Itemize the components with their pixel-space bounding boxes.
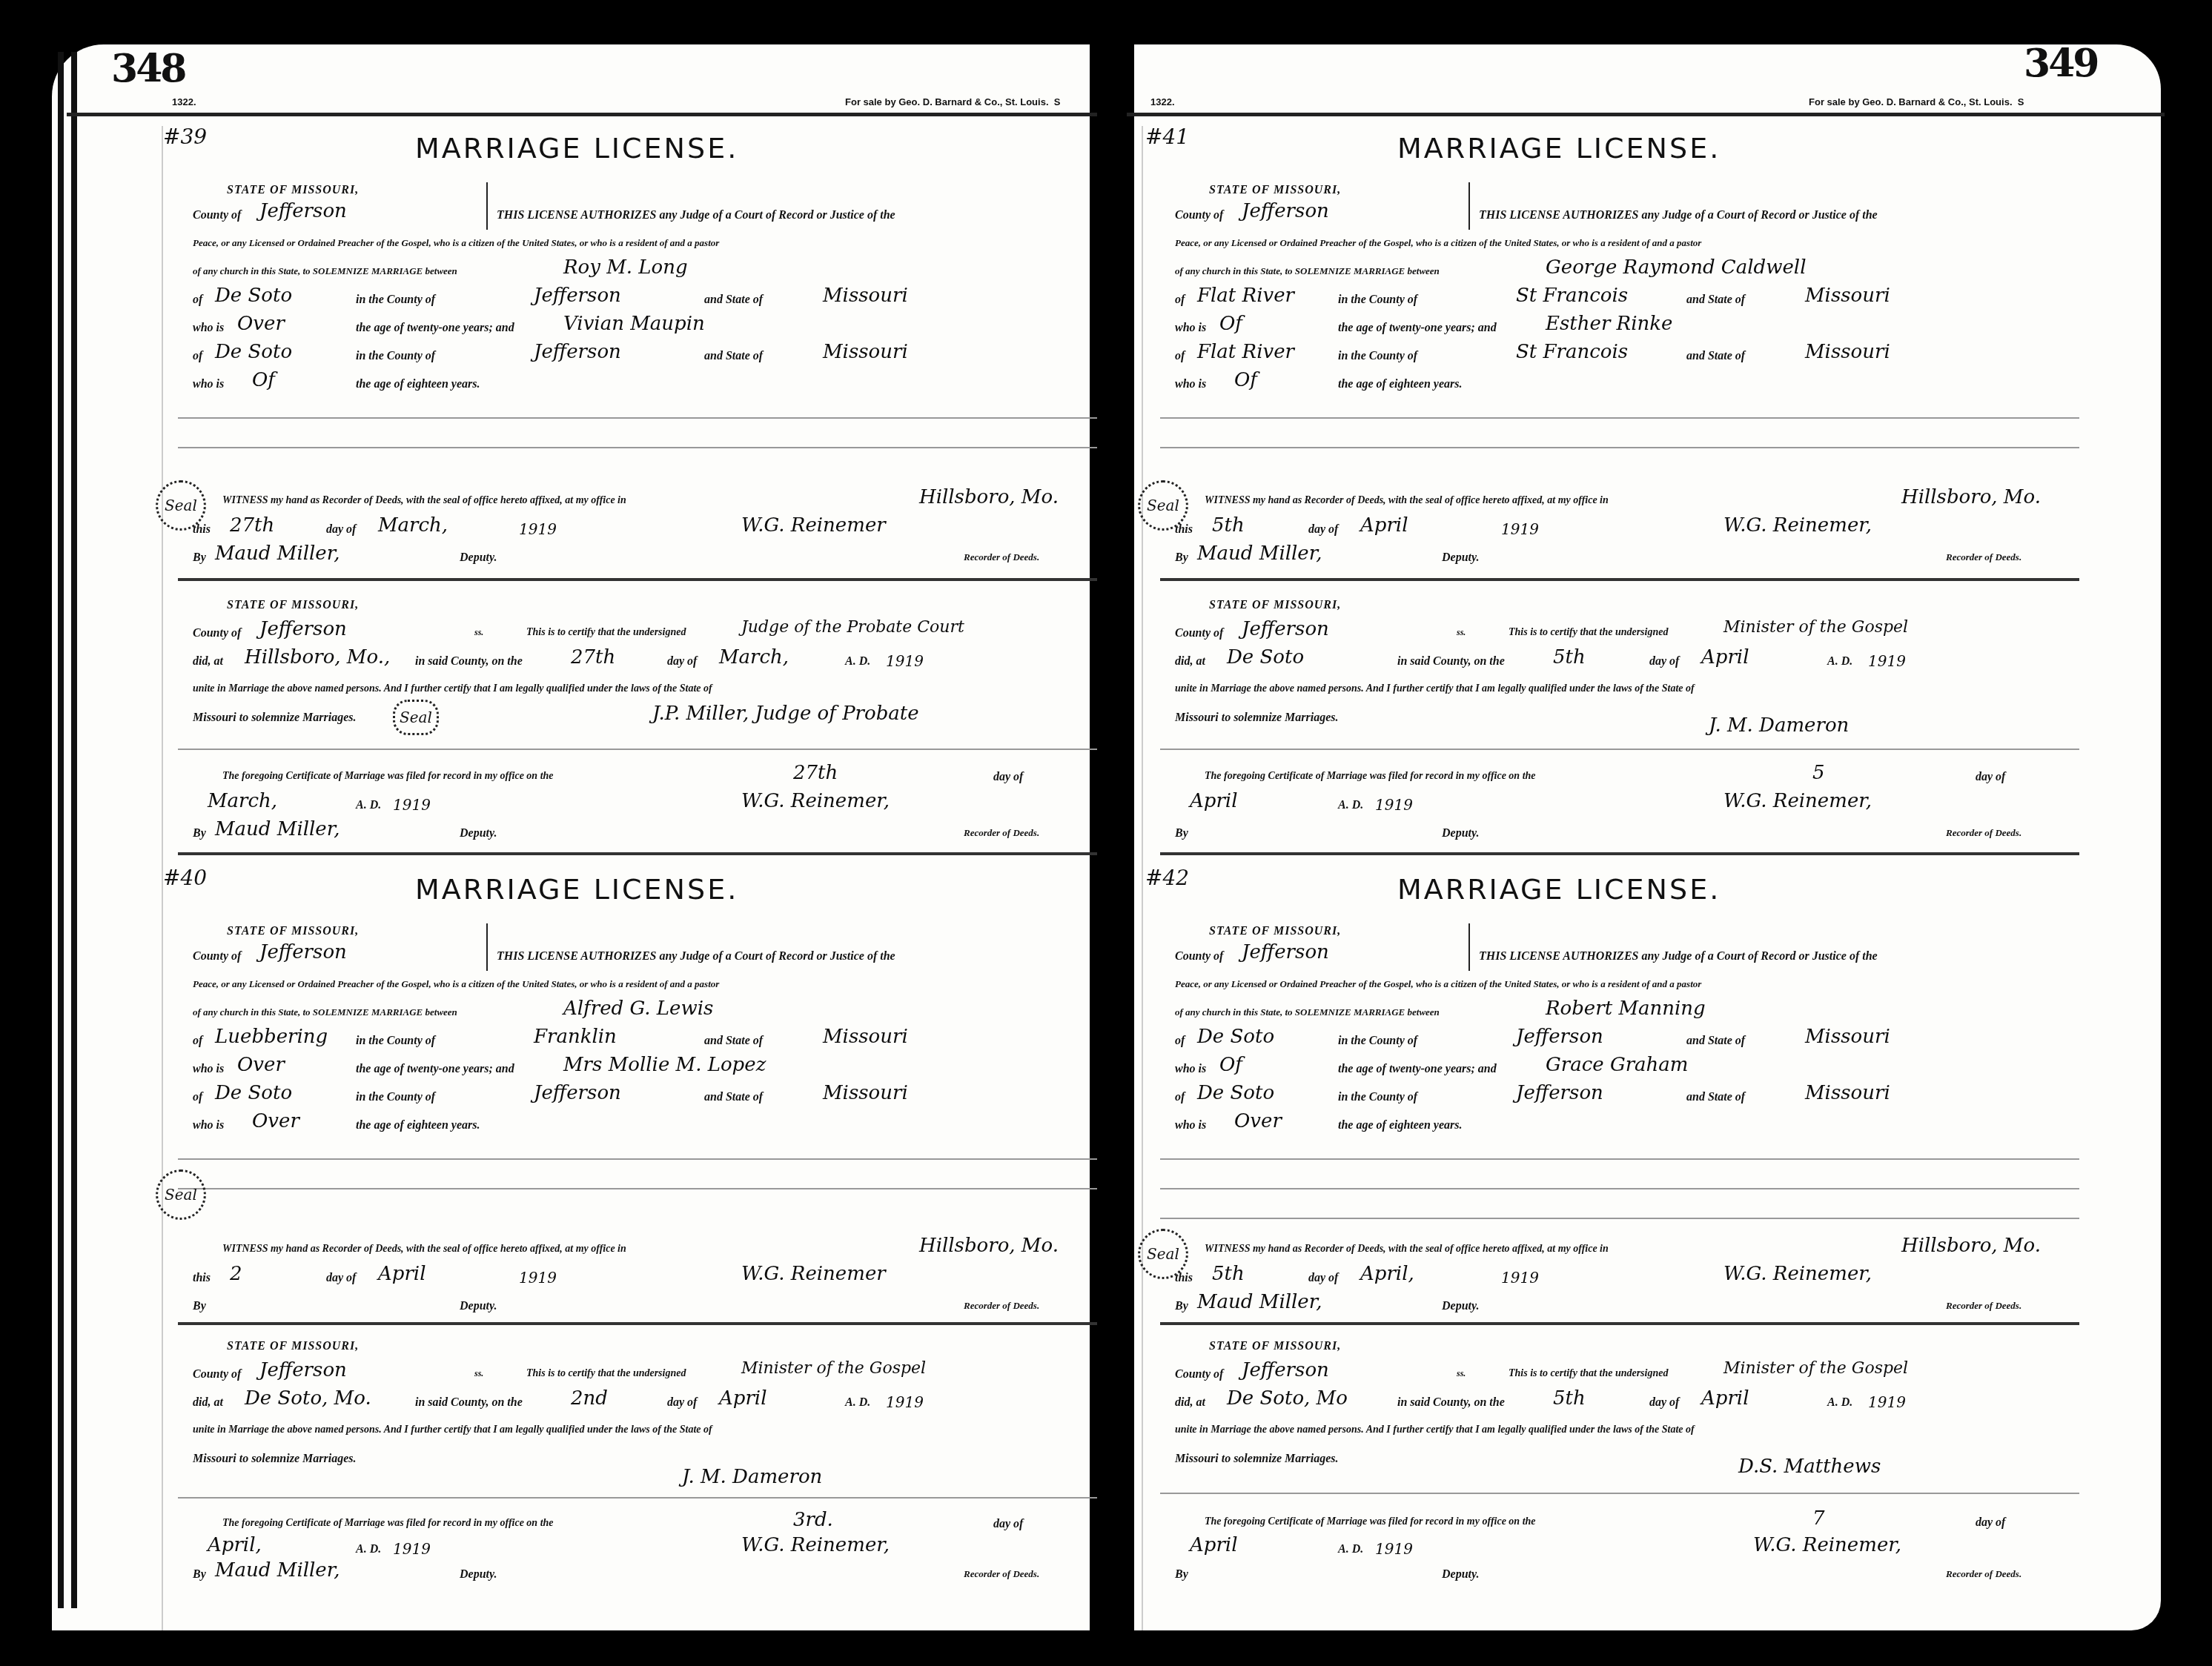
witness-month: April, (1360, 1263, 1414, 1285)
bride-name: Esther Rinke (1546, 313, 1672, 335)
foregoing-text: The foregoing Certificate of Marriage wa… (222, 1518, 554, 1530)
ss-label: ss. (474, 627, 483, 638)
publisher-line: For sale by Geo. D. Barnard & Co., St. L… (845, 96, 1060, 107)
groom-age: Of (1219, 313, 1242, 335)
recorder-label: Recorder of Deeds. (1946, 1300, 2021, 1312)
county-label: County of (193, 1368, 241, 1381)
groom-residence: De Soto (215, 285, 292, 307)
blank-line (1160, 1158, 2079, 1160)
bride-age: Of (1234, 369, 1257, 391)
cert-day: 5th (1553, 1387, 1586, 1410)
cert-place: De Soto (1227, 646, 1304, 668)
license-number: #41 (1145, 125, 1189, 149)
of-label: of (1175, 350, 1185, 363)
authorizes-text: of any church in this State, to SOLEMNIZ… (193, 265, 457, 277)
filed-year: 1919 (393, 1540, 431, 1558)
ad-label: A. D. (1827, 1396, 1852, 1410)
witness-place: Hillsboro, Mo. (1901, 1235, 2041, 1257)
section-rule (1160, 749, 2079, 750)
section-rule (1160, 852, 2079, 855)
groom-residence: De Soto (1197, 1026, 1274, 1048)
bride-residence: De Soto (1197, 1082, 1274, 1104)
deputy-label: Deputy. (460, 827, 497, 840)
seal-stamp: Seal (156, 1169, 206, 1220)
bride-residence: Flat River (1197, 341, 1294, 363)
bride-residence: De Soto (215, 1082, 292, 1104)
witness-month: March, (378, 514, 448, 537)
filed-month: April (1190, 1534, 1237, 1556)
day-of-label: day of (667, 655, 697, 668)
who-is-label: who is (193, 322, 224, 335)
license-41: #41 MARRIAGE LICENSE. STATE OF MISSOURI,… (1145, 125, 2079, 858)
in-county-label: in the County of (1338, 1091, 1417, 1104)
deputy-label: Deputy. (1442, 551, 1480, 565)
missouri-text: Missouri to solemnize Marriages. (1175, 711, 1338, 725)
license-title: MARRIAGE LICENSE. (1397, 132, 1721, 165)
witness-month: April (378, 1263, 425, 1285)
cert-county: Jefferson (259, 1359, 347, 1381)
ss-label: ss. (474, 1368, 483, 1379)
who-is-label: who is (193, 1063, 224, 1076)
state-of-label: and State of (1686, 293, 1745, 307)
in-county-label: in the County of (356, 1091, 435, 1104)
section-rule (1160, 1493, 2079, 1494)
deputy-name: Maud Miller, (1197, 1291, 1322, 1313)
groom-county: Jefferson (1516, 1026, 1603, 1048)
filed-day: 3rd. (793, 1509, 833, 1531)
cert-month: March, (719, 646, 789, 668)
county-value: Jefferson (1242, 200, 1329, 222)
groom-state: Missouri (1805, 1026, 1890, 1048)
license-title: MARRIAGE LICENSE. (1397, 873, 1721, 906)
age18-label: the age of eighteen years. (356, 1119, 480, 1132)
county-label: County of (1175, 950, 1223, 963)
of-label: of (193, 293, 202, 307)
bride-name: Vivian Maupin (563, 313, 705, 335)
bride-county: Jefferson (1516, 1082, 1603, 1104)
day-of-label: day of (1308, 523, 1338, 537)
who-is-label: who is (193, 1119, 224, 1132)
ss-label: ss. (1457, 627, 1466, 638)
groom-residence: Flat River (1197, 285, 1294, 307)
authorizes-text: Peace, or any Licensed or Ordained Preac… (193, 978, 719, 990)
of-label: of (193, 350, 202, 363)
witness-year: 1919 (1501, 1269, 1539, 1287)
license-42: #42 MARRIAGE LICENSE. STATE OF MISSOURI,… (1145, 866, 2079, 1599)
recorder-signature: W.G. Reinemer (741, 1263, 886, 1285)
by-label: By (193, 1300, 206, 1313)
witness-place: Hillsboro, Mo. (1901, 486, 2041, 508)
deputy-label: Deputy. (1442, 1300, 1480, 1313)
witness-month: April (1360, 514, 1408, 537)
state-header: STATE OF MISSOURI, (1209, 1340, 1341, 1353)
deputy-label: Deputy. (460, 1568, 497, 1582)
authorizes-text: THIS LICENSE AUTHORIZES any Judge of a C… (497, 950, 895, 963)
bride-age: Over (252, 1110, 299, 1132)
authorizes-text: THIS LICENSE AUTHORIZES any Judge of a C… (1479, 209, 1878, 222)
by-label: By (1175, 1300, 1188, 1313)
filed-recorder-signature: W.G. Reinemer, (741, 1534, 890, 1556)
license-40: #40 MARRIAGE LICENSE. STATE OF MISSOURI,… (163, 866, 1097, 1599)
bride-age: Of (252, 369, 275, 391)
cert-county: Jefferson (1242, 1359, 1329, 1381)
license-number: #39 (163, 125, 207, 149)
unite-text: unite in Marriage the above named person… (193, 1424, 712, 1436)
witness-day: 27th (230, 514, 274, 537)
cert-place: De Soto, Mo (1227, 1387, 1348, 1410)
state-of-label: and State of (704, 350, 763, 363)
deputy-label: Deputy. (460, 1300, 497, 1313)
county-value: Jefferson (1242, 941, 1329, 963)
cert-county: Jefferson (1242, 618, 1329, 640)
cert-month: April (719, 1387, 766, 1410)
blank-line (178, 1158, 1097, 1160)
unite-text: unite in Marriage the above named person… (1175, 683, 1695, 695)
day-of-label: day of (326, 523, 356, 537)
margin-line (1142, 126, 1143, 1630)
blank-line (1160, 417, 2079, 419)
in-county-label: in the County of (356, 293, 435, 307)
bride-residence: De Soto (215, 341, 292, 363)
county-label: County of (193, 627, 241, 640)
witness-place: Hillsboro, Mo. (919, 486, 1059, 508)
bride-state: Missouri (823, 341, 908, 363)
filed-day: 27th (793, 762, 838, 784)
section-rule (1160, 1322, 2079, 1325)
by-label: By (193, 551, 206, 565)
filed-year: 1919 (1375, 1540, 1413, 1558)
groom-county: Franklin (534, 1026, 617, 1048)
deputy-label: Deputy. (1442, 827, 1480, 840)
day-of-label: day of (667, 1396, 697, 1410)
state-header: STATE OF MISSOURI, (227, 184, 359, 197)
in-said-county-label: in said County, on the (1397, 1396, 1505, 1410)
in-said-county-label: in said County, on the (415, 1396, 523, 1410)
day-of-label: day of (1976, 771, 2005, 784)
in-county-label: in the County of (1338, 293, 1417, 307)
county-value: Jefferson (259, 941, 347, 963)
recorder-signature: W.G. Reinemer, (1723, 1263, 1872, 1285)
recorder-label: Recorder of Deeds. (1946, 827, 2021, 839)
officiant-title: Judge of the Probate Court (741, 618, 964, 637)
in-said-county-label: in said County, on the (1397, 655, 1505, 668)
of-label: of (1175, 293, 1185, 307)
filed-month: April (1190, 790, 1237, 812)
groom-name: Roy M. Long (563, 256, 688, 279)
bride-state: Missouri (1805, 1082, 1890, 1104)
age21-label: the age of twenty-one years; and (1338, 1063, 1497, 1076)
unite-text: unite in Marriage the above named person… (193, 683, 712, 695)
who-is-label: who is (193, 378, 224, 391)
groom-residence: Luebbering (215, 1026, 328, 1048)
age18-label: the age of eighteen years. (356, 378, 480, 391)
missouri-text: Missouri to solemnize Marriages. (193, 1453, 356, 1466)
this-label: this (1175, 523, 1193, 537)
filed-day: 7 (1812, 1507, 1825, 1530)
state-of-label: and State of (1686, 1035, 1745, 1048)
groom-state: Missouri (823, 285, 908, 307)
filed-day: 5 (1812, 762, 1825, 784)
witness-year: 1919 (519, 1269, 557, 1287)
ss-label: ss. (1457, 1368, 1466, 1379)
of-label: of (193, 1035, 202, 1048)
day-of-label: day of (993, 1518, 1023, 1531)
state-header: STATE OF MISSOURI, (227, 599, 359, 612)
authorizes-text: of any church in this State, to SOLEMNIZ… (1175, 265, 1440, 277)
groom-county: Jefferson (534, 285, 621, 307)
blank-line (178, 417, 1097, 419)
filed-deputy: Maud Miller, (215, 1559, 340, 1582)
license-number: #42 (1145, 866, 1189, 890)
authorizes-text: THIS LICENSE AUTHORIZES any Judge of a C… (497, 209, 895, 222)
county-label: County of (1175, 627, 1223, 640)
recorder-label: Recorder of Deeds. (1946, 1568, 2021, 1580)
day-of-label: day of (1308, 1272, 1338, 1285)
age21-label: the age of twenty-one years; and (356, 1063, 514, 1076)
in-county-label: in the County of (356, 1035, 435, 1048)
cert-county: Jefferson (259, 618, 347, 640)
section-rule (178, 1322, 1097, 1325)
day-of-label: day of (326, 1272, 356, 1285)
authorizes-text: of any church in this State, to SOLEMNIZ… (193, 1006, 457, 1018)
county-label: County of (1175, 1368, 1223, 1381)
witness-place: Hillsboro, Mo. (919, 1235, 1059, 1257)
filed-year: 1919 (393, 796, 431, 814)
groom-name: Robert Manning (1546, 998, 1706, 1020)
day-of-label: day of (1649, 655, 1679, 668)
section-rule (1160, 578, 2079, 581)
witness-year: 1919 (1501, 520, 1539, 538)
state-header: STATE OF MISSOURI, (1209, 599, 1341, 612)
this-label: this (193, 1272, 211, 1285)
officiant-title: Minister of the Gospel (1723, 618, 1908, 637)
day-of-label: day of (1976, 1516, 2005, 1530)
did-at-label: did, at (193, 655, 223, 668)
deputy-name: Maud Miller, (215, 542, 340, 565)
age18-label: the age of eighteen years. (1338, 378, 1463, 391)
ad-label: A. D. (1338, 799, 1363, 812)
section-rule (178, 1497, 1097, 1499)
groom-name: George Raymond Caldwell (1546, 256, 1806, 279)
officiant-signature: D.S. Matthews (1738, 1456, 1881, 1478)
by-label: By (1175, 1568, 1188, 1582)
groom-age: Over (237, 1054, 285, 1076)
groom-state: Missouri (823, 1026, 908, 1048)
ad-label: A. D. (845, 1396, 870, 1410)
county-value: Jefferson (259, 200, 347, 222)
blank-line (1160, 447, 2079, 448)
missouri-text: Missouri to solemnize Marriages. (1175, 1453, 1338, 1466)
left-page-number: 348 (111, 46, 185, 91)
groom-name: Alfred G. Lewis (563, 998, 713, 1020)
cert-year: 1919 (886, 1393, 924, 1411)
filed-year: 1919 (1375, 796, 1413, 814)
groom-state: Missouri (1805, 285, 1890, 307)
witness-day: 5th (1212, 1263, 1245, 1285)
county-label: County of (193, 209, 241, 222)
did-at-label: did, at (193, 1396, 223, 1410)
authorizes-text: Peace, or any Licensed or Ordained Preac… (1175, 237, 1701, 249)
cert-year: 1919 (1868, 652, 1906, 670)
ad-label: A. D. (845, 655, 870, 668)
certify-text: This is to certify that the undersigned (526, 1368, 686, 1380)
state-header: STATE OF MISSOURI, (1209, 925, 1341, 938)
filed-deputy: Maud Miller, (215, 818, 340, 840)
authorizes-text: of any church in this State, to SOLEMNIZ… (1175, 1006, 1440, 1018)
bride-state: Missouri (823, 1082, 908, 1104)
section-rule (178, 749, 1097, 750)
foregoing-text: The foregoing Certificate of Marriage wa… (1205, 771, 1536, 783)
witness-year: 1919 (519, 520, 557, 538)
recorder-signature: W.G. Reinemer, (1723, 514, 1872, 537)
page-edge-line (58, 52, 64, 1608)
bride-name: Grace Graham (1546, 1054, 1689, 1076)
bride-county: Jefferson (534, 1082, 621, 1104)
authorizes-text: Peace, or any Licensed or Ordained Preac… (193, 237, 719, 249)
authorizes-text: THIS LICENSE AUTHORIZES any Judge of a C… (1479, 950, 1878, 963)
cert-year: 1919 (886, 652, 924, 670)
this-label: this (1175, 1272, 1193, 1285)
age18-label: the age of eighteen years. (1338, 1119, 1463, 1132)
cert-month: April (1701, 1387, 1749, 1410)
filed-recorder-signature: W.G. Reinemer, (1723, 790, 1872, 812)
recorder-label: Recorder of Deeds. (964, 551, 1039, 563)
by-label: By (193, 827, 206, 840)
blank-line (1160, 1218, 2079, 1219)
blank-line (1160, 1188, 2079, 1189)
section-rule (178, 578, 1097, 581)
header-rule (1127, 113, 2165, 116)
foregoing-text: The foregoing Certificate of Marriage wa… (1205, 1516, 1536, 1528)
header-rule (67, 113, 1097, 116)
groom-age: Of (1219, 1054, 1242, 1076)
foregoing-text: The foregoing Certificate of Marriage wa… (222, 771, 554, 783)
officiant-signature: J. M. Dameron (682, 1466, 822, 1488)
who-is-label: who is (1175, 1119, 1206, 1132)
age21-label: the age of twenty-one years; and (1338, 322, 1497, 335)
bride-state: Missouri (1805, 341, 1890, 363)
state-of-label: and State of (1686, 350, 1745, 363)
ad-label: A. D. (356, 1543, 381, 1556)
cert-year: 1919 (1868, 1393, 1906, 1411)
groom-age: Over (237, 313, 285, 335)
witness-text: WITNESS my hand as Recorder of Deeds, wi… (222, 1244, 626, 1255)
groom-county: St Francois (1516, 285, 1628, 307)
ledger-book-spread: 348 349 1322. 1322. For sale by Geo. D. … (0, 0, 2212, 1666)
officiant-signature: J.P. Miller, Judge of Probate (652, 703, 919, 725)
seal-stamp: Seal (393, 700, 439, 735)
unite-text: unite in Marriage the above named person… (1175, 1424, 1695, 1436)
bride-age: Over (1234, 1110, 1282, 1132)
recorder-label: Recorder of Deeds. (964, 1300, 1039, 1312)
of-label: of (1175, 1091, 1185, 1104)
state-of-label: and State of (1686, 1091, 1745, 1104)
state-header: STATE OF MISSOURI, (227, 925, 359, 938)
recorder-label: Recorder of Deeds. (964, 1568, 1039, 1580)
book-gutter (1096, 22, 1125, 1653)
officiant-title: Minister of the Gospel (1723, 1359, 1908, 1378)
deputy-name: Maud Miller, (1197, 542, 1322, 565)
bride-name: Mrs Mollie M. Lopez (563, 1054, 766, 1076)
by-label: By (193, 1568, 206, 1582)
cert-place: Hillsboro, Mo., (245, 646, 390, 668)
officiant-signature: J. M. Dameron (1709, 714, 1849, 737)
license-number: #40 (163, 866, 207, 890)
ad-label: A. D. (1338, 1543, 1363, 1556)
witness-day: 2 (230, 1263, 242, 1285)
of-label: of (1175, 1035, 1185, 1048)
witness-text: WITNESS my hand as Recorder of Deeds, wi… (1205, 1244, 1609, 1255)
cert-month: April (1701, 646, 1749, 668)
license-title: MARRIAGE LICENSE. (415, 132, 738, 165)
filed-recorder-signature: W.G. Reinemer, (1753, 1534, 1901, 1556)
certify-text: This is to certify that the undersigned (1509, 1368, 1668, 1380)
in-county-label: in the County of (1338, 350, 1417, 363)
did-at-label: did, at (1175, 1396, 1205, 1410)
by-label: By (1175, 551, 1188, 565)
by-label: By (1175, 827, 1188, 840)
section-rule (178, 852, 1097, 855)
day-of-label: day of (1649, 1396, 1679, 1410)
who-is-label: who is (1175, 378, 1206, 391)
form-number: 1322. (1150, 96, 1175, 107)
filed-month: April, (208, 1534, 262, 1556)
deputy-label: Deputy. (1442, 1568, 1480, 1582)
county-label: County of (193, 950, 241, 963)
county-label: County of (1175, 209, 1223, 222)
did-at-label: did, at (1175, 655, 1205, 668)
filed-recorder-signature: W.G. Reinemer, (741, 790, 890, 812)
right-page-number: 349 (2024, 41, 2098, 86)
witness-text: WITNESS my hand as Recorder of Deeds, wi… (1205, 495, 1609, 507)
in-said-county-label: in said County, on the (415, 655, 523, 668)
state-header: STATE OF MISSOURI, (227, 1340, 359, 1353)
bride-county: St Francois (1516, 341, 1628, 363)
recorder-label: Recorder of Deeds. (964, 827, 1039, 839)
witness-text: WITNESS my hand as Recorder of Deeds, wi… (222, 495, 626, 507)
form-number: 1322. (172, 96, 196, 107)
ad-label: A. D. (1827, 655, 1852, 668)
page-edge-line (71, 52, 77, 1608)
bride-county: Jefferson (534, 341, 621, 363)
officiant-title: Minister of the Gospel (741, 1359, 926, 1378)
filed-month: March, (208, 790, 277, 812)
state-of-label: and State of (704, 1035, 763, 1048)
cert-day: 2nd (571, 1387, 608, 1410)
day-of-label: day of (993, 771, 1023, 784)
missouri-text: Missouri to solemnize Marriages. (193, 711, 356, 725)
of-label: of (193, 1091, 202, 1104)
state-header: STATE OF MISSOURI, (1209, 184, 1341, 197)
cert-place: De Soto, Mo. (245, 1387, 371, 1410)
state-of-label: and State of (704, 1091, 763, 1104)
certify-text: This is to certify that the undersigned (526, 627, 686, 639)
witness-day: 5th (1212, 514, 1245, 537)
cert-day: 5th (1553, 646, 1586, 668)
this-label: this (193, 523, 211, 537)
cert-day: 27th (571, 646, 615, 668)
in-county-label: in the County of (1338, 1035, 1417, 1048)
age21-label: the age of twenty-one years; and (356, 322, 514, 335)
license-title: MARRIAGE LICENSE. (415, 873, 738, 906)
in-county-label: in the County of (356, 350, 435, 363)
certify-text: This is to certify that the undersigned (1509, 627, 1668, 639)
who-is-label: who is (1175, 1063, 1206, 1076)
state-of-label: and State of (704, 293, 763, 307)
license-39: #39 MARRIAGE LICENSE. STATE OF MISSOURI,… (163, 125, 1097, 858)
ad-label: A. D. (356, 799, 381, 812)
recorder-signature: W.G. Reinemer (741, 514, 886, 537)
